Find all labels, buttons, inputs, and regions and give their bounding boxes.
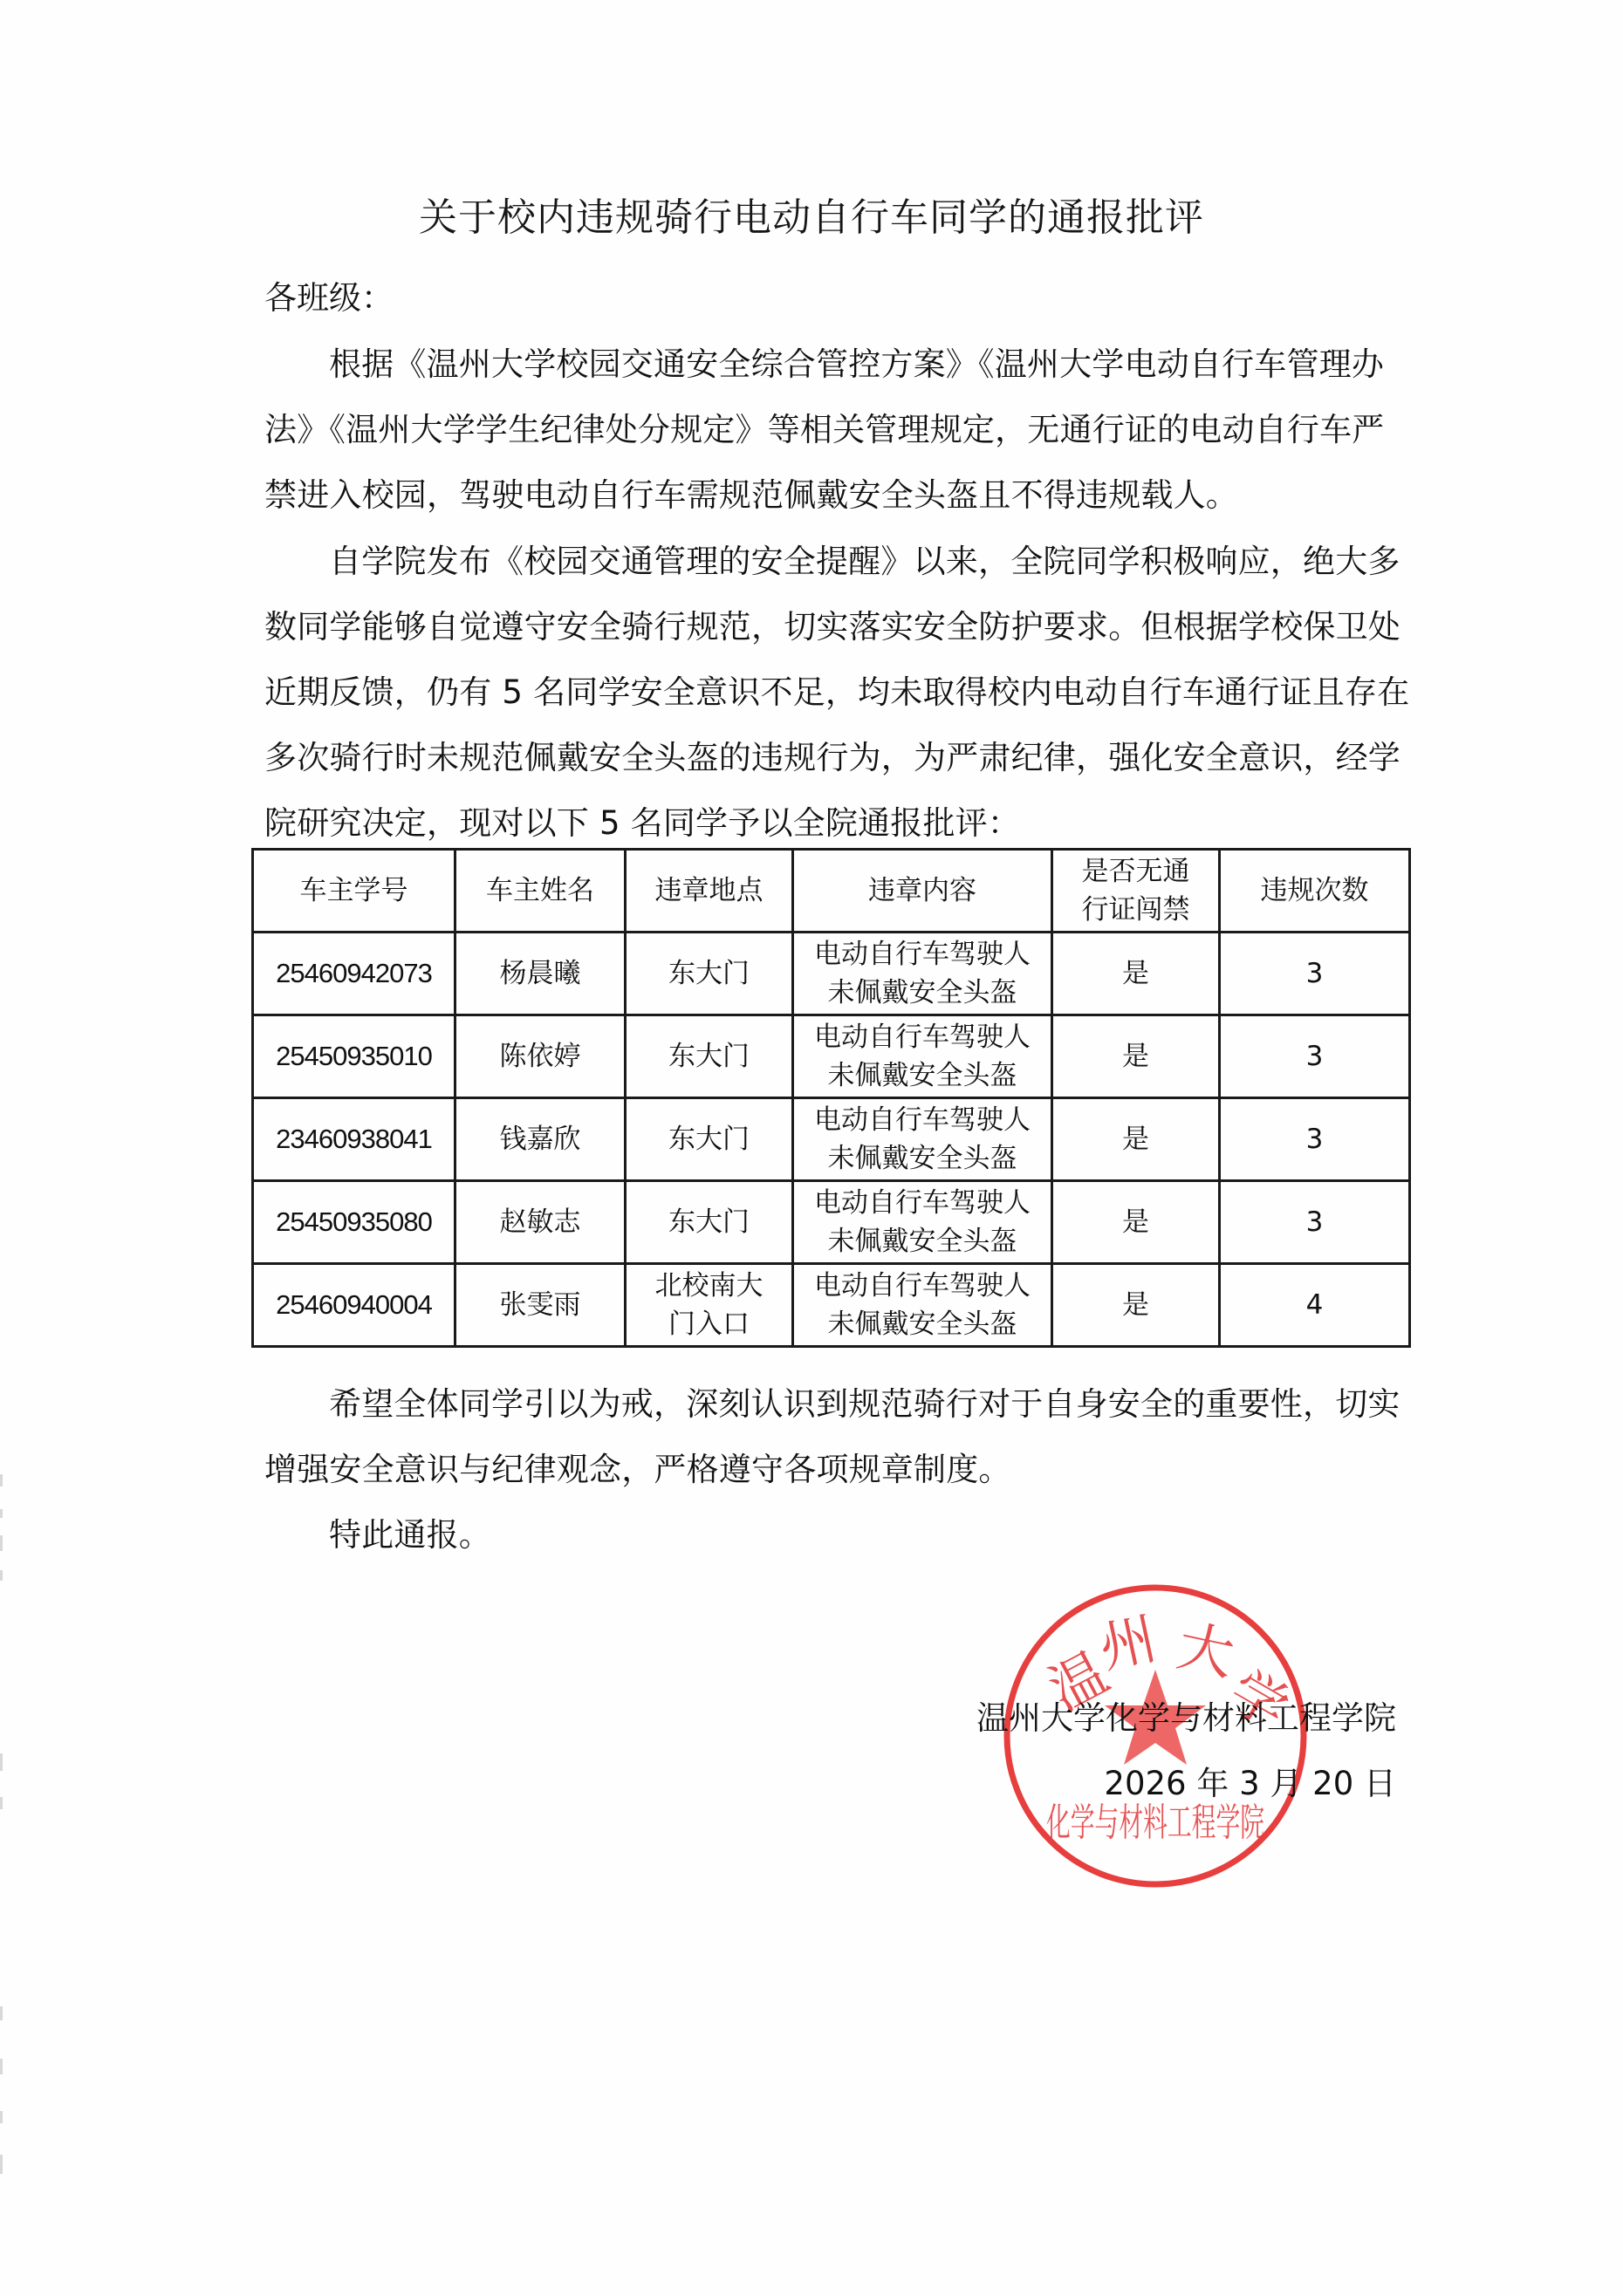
cell-location: 东大门 <box>626 1015 793 1098</box>
cell-no-pass: 是 <box>1052 1098 1220 1181</box>
paragraph-line: 院研究决定，现对以下 5 名同学予以全院通报批评： <box>264 790 1400 856</box>
cell-no-pass: 是 <box>1052 1181 1220 1264</box>
scan-edge-marks <box>0 0 3 2296</box>
paragraph-regulations: 根据《温州大学校园交通安全综合管控方案》《温州大学电动自行车管理办 法》《温州大… <box>264 331 1400 528</box>
cell-content: 电动自行车驾驶人 未佩戴安全头盔 <box>793 1015 1052 1098</box>
table-row: 25450935080 赵敏志 东大门 电动自行车驾驶人 未佩戴安全头盔 是 3 <box>253 1181 1410 1264</box>
paragraph-line: 希望全体同学引以为戒，深刻认识到规范骑行对于自身安全的重要性，切实 <box>264 1371 1400 1437</box>
paragraph-line: 根据《温州大学校园交通安全综合管控方案》《温州大学电动自行车管理办 <box>264 331 1400 397</box>
cell-student-id: 23460938041 <box>253 1098 455 1181</box>
violations-table: 车主学号 车主姓名 违章地点 违章内容 是否无通 行证闯禁 违规次数 25460… <box>251 848 1411 1348</box>
issue-date: 2026 年 3 月 20 日 <box>969 1763 1396 1805</box>
cell-no-pass: 是 <box>1052 933 1220 1015</box>
cell-student-id: 25450935010 <box>253 1015 455 1098</box>
paragraph-line: 增强安全意识与纪律观念，严格遵守各项规章制度。 <box>264 1437 1400 1502</box>
cell-no-pass: 是 <box>1052 1015 1220 1098</box>
cell-location: 北校南大 门入口 <box>626 1264 793 1347</box>
paragraph-line: 近期反馈，仍有 5 名同学安全意识不足，均未取得校内电动自行车通行证且存在 <box>264 659 1400 725</box>
paragraph-line: 禁进入校园，驾驶电动自行车需规范佩戴安全头盔且不得违规载人。 <box>264 462 1400 528</box>
cell-student-id: 25450935080 <box>253 1181 455 1264</box>
cell-content: 电动自行车驾驶人 未佩戴安全头盔 <box>793 1098 1052 1181</box>
cell-owner-name: 张雯雨 <box>455 1264 626 1347</box>
header-owner-name: 车主姓名 <box>455 850 626 933</box>
cell-owner-name: 陈依婷 <box>455 1015 626 1098</box>
cell-location: 东大门 <box>626 933 793 1015</box>
cell-content: 电动自行车驾驶人 未佩戴安全头盔 <box>793 933 1052 1015</box>
header-content: 违章内容 <box>793 850 1052 933</box>
header-student-id: 车主学号 <box>253 850 455 933</box>
table-row: 25450935010 陈依婷 东大门 电动自行车驾驶人 未佩戴安全头盔 是 3 <box>253 1015 1410 1098</box>
paragraph-line: 特此通报。 <box>264 1502 1400 1568</box>
salutation: 各班级： <box>264 277 394 319</box>
document-page: 关于校内违规骑行电动自行车同学的通报批评 各班级： 根据《温州大学校园交通安全综… <box>0 0 1623 2296</box>
paragraph-line: 自学院发布《校园交通管理的安全提醒》以来，全院同学积极响应，绝大多 <box>264 529 1400 594</box>
seal-inner-text: 化学与材料工程学院 <box>1046 1801 1264 1845</box>
seal-outer-char: 大 <box>1172 1614 1240 1689</box>
cell-count: 3 <box>1220 1181 1410 1264</box>
header-count: 违规次数 <box>1220 850 1410 933</box>
table-row: 25460942073 杨晨曦 东大门 电动自行车驾驶人 未佩戴安全头盔 是 3 <box>253 933 1410 1015</box>
cell-owner-name: 杨晨曦 <box>455 933 626 1015</box>
cell-student-id: 25460940004 <box>253 1264 455 1347</box>
paragraph-background: 自学院发布《校园交通管理的安全提醒》以来，全院同学积极响应，绝大多 数同学能够自… <box>264 529 1400 856</box>
cell-student-id: 25460942073 <box>253 933 455 1015</box>
issuer-signature: 温州大学化学与材料工程学院 <box>969 1698 1396 1739</box>
cell-count: 4 <box>1220 1264 1410 1347</box>
paragraph-line: 多次骑行时未规范佩戴安全头盔的违规行为，为严肃纪律，强化安全意识，经学 <box>264 725 1400 790</box>
header-no-pass: 是否无通 行证闯禁 <box>1052 850 1220 933</box>
cell-location: 东大门 <box>626 1181 793 1264</box>
table-header-row: 车主学号 车主姓名 违章地点 违章内容 是否无通 行证闯禁 违规次数 <box>253 850 1410 933</box>
paragraph-closing: 特此通报。 <box>264 1502 1400 1568</box>
paragraph-line: 法》《温州大学学生纪律处分规定》等相关管理规定，无通行证的电动自行车严 <box>264 397 1400 462</box>
cell-content: 电动自行车驾驶人 未佩戴安全头盔 <box>793 1264 1052 1347</box>
document-title: 关于校内违规骑行电动自行车同学的通报批评 <box>0 194 1623 243</box>
cell-no-pass: 是 <box>1052 1264 1220 1347</box>
cell-count: 3 <box>1220 933 1410 1015</box>
paragraph-line: 数同学能够自觉遵守安全骑行规范，切实落实安全防护要求。但根据学校保卫处 <box>264 594 1400 659</box>
seal-outer-char: 州 <box>1094 1607 1162 1682</box>
paragraph-warning: 希望全体同学引以为戒，深刻认识到规范骑行对于自身安全的重要性，切实 增强安全意识… <box>264 1371 1400 1502</box>
cell-content: 电动自行车驾驶人 未佩戴安全头盔 <box>793 1181 1052 1264</box>
cell-count: 3 <box>1220 1098 1410 1181</box>
cell-owner-name: 钱嘉欣 <box>455 1098 626 1181</box>
cell-count: 3 <box>1220 1015 1410 1098</box>
cell-location: 东大门 <box>626 1098 793 1181</box>
table-row: 25460940004 张雯雨 北校南大 门入口 电动自行车驾驶人 未佩戴安全头… <box>253 1264 1410 1347</box>
cell-owner-name: 赵敏志 <box>455 1181 626 1264</box>
header-location: 违章地点 <box>626 850 793 933</box>
table-row: 23460938041 钱嘉欣 东大门 电动自行车驾驶人 未佩戴安全头盔 是 3 <box>253 1098 1410 1181</box>
